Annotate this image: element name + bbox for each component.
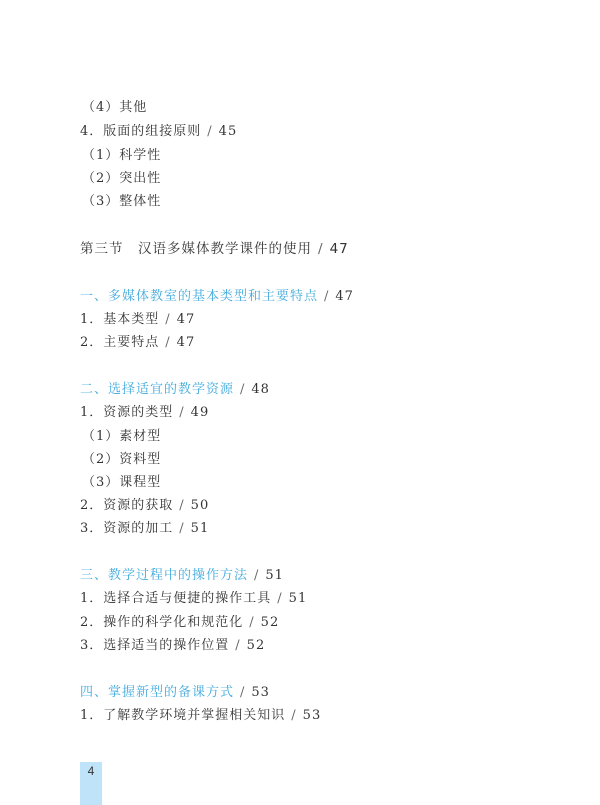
toc-entry-title: （3）整体性 xyxy=(82,194,161,209)
toc-entry: 3．资源的加工/51 xyxy=(80,521,209,537)
toc-entry-title: 四、掌握新型的备课方式 xyxy=(80,685,234,700)
toc-section-heading: 第三节 汉语多媒体教学课件的使用/47 xyxy=(80,241,349,257)
toc-entry-title: 1．选择合适与便捷的操作工具 xyxy=(80,591,271,606)
separator: / xyxy=(165,312,170,327)
toc-entry: 3．选择适当的操作位置/52 xyxy=(80,638,265,654)
toc-chapter-heading: 一、多媒体教室的基本类型和主要特点/47 xyxy=(80,289,354,305)
toc-entry: （4）其他 xyxy=(82,100,147,116)
toc-entry: （3）整体性 xyxy=(82,194,161,210)
toc-entry: 1．选择合适与便捷的操作工具/51 xyxy=(80,591,307,607)
page-number-tab: 4 xyxy=(80,762,102,805)
toc-entry-title: （3）课程型 xyxy=(82,475,161,490)
toc-chapter-heading: 三、教学过程中的操作方法/51 xyxy=(80,568,284,584)
page-ref: 45 xyxy=(219,124,238,139)
toc-entry-title: （1）素材型 xyxy=(82,429,161,444)
toc-entry: 1．了解教学环境并掌握相关知识/53 xyxy=(80,708,321,724)
page-ref: 51 xyxy=(289,591,308,606)
toc-entry-title: 二、选择适宜的教学资源 xyxy=(80,382,234,397)
separator: / xyxy=(165,335,170,350)
page-ref: 51 xyxy=(191,521,210,536)
toc-entry-title: 3．资源的加工 xyxy=(80,521,173,536)
toc-entry-title: （4）其他 xyxy=(82,100,147,115)
page-ref: 47 xyxy=(177,312,196,327)
toc-entry-title: （2）突出性 xyxy=(82,171,161,186)
toc-entry: 4．版面的组接原则/45 xyxy=(80,124,237,140)
toc-entry-title: 第三节 汉语多媒体教学课件的使用 xyxy=(80,241,312,257)
separator: / xyxy=(254,568,259,583)
page-ref: 53 xyxy=(303,708,322,723)
separator: / xyxy=(179,521,184,536)
toc-entry-title: 2．主要特点 xyxy=(80,335,159,350)
toc-entry: （1）科学性 xyxy=(82,148,161,164)
page-ref: 53 xyxy=(251,685,270,700)
toc-entry: （2）资料型 xyxy=(82,452,161,468)
page-ref: 47 xyxy=(335,289,354,304)
separator: / xyxy=(324,289,329,304)
page-ref: 47 xyxy=(177,335,196,350)
page-ref: 47 xyxy=(330,241,349,257)
toc-entry: 2．操作的科学化和规范化/52 xyxy=(80,615,279,631)
separator: / xyxy=(179,498,184,513)
separator: / xyxy=(318,241,324,257)
separator: / xyxy=(179,405,184,420)
toc-entry: 1．资源的类型/49 xyxy=(80,405,209,421)
separator: / xyxy=(249,615,254,630)
toc-entry: （3）课程型 xyxy=(82,475,161,491)
toc-entry-title: 三、教学过程中的操作方法 xyxy=(80,568,248,583)
page-ref: 50 xyxy=(191,498,210,513)
toc-chapter-heading: 四、掌握新型的备课方式/53 xyxy=(80,685,270,701)
toc-entry-title: 一、多媒体教室的基本类型和主要特点 xyxy=(80,289,318,304)
page-ref: 49 xyxy=(191,405,210,420)
page-ref: 52 xyxy=(261,615,280,630)
toc-entry-title: 4．版面的组接原则 xyxy=(80,124,201,139)
separator: / xyxy=(291,708,296,723)
page-ref: 52 xyxy=(247,638,266,653)
toc-entry-title: 1．了解教学环境并掌握相关知识 xyxy=(80,708,285,723)
toc-entry: 2．主要特点/47 xyxy=(80,335,195,351)
toc-entry-title: 1．基本类型 xyxy=(80,312,159,327)
separator: / xyxy=(235,638,240,653)
toc-entry-title: 2．操作的科学化和规范化 xyxy=(80,615,243,630)
toc-entry: （2）突出性 xyxy=(82,171,161,187)
toc-chapter-heading: 二、选择适宜的教学资源/48 xyxy=(80,382,270,398)
page-ref: 48 xyxy=(251,382,270,397)
page-number: 4 xyxy=(80,764,102,778)
toc-entry-title: 2．资源的获取 xyxy=(80,498,173,513)
toc-entry: 1．基本类型/47 xyxy=(80,312,195,328)
toc-entry: （1）素材型 xyxy=(82,429,161,445)
separator: / xyxy=(207,124,212,139)
separator: / xyxy=(277,591,282,606)
toc-entry-title: （2）资料型 xyxy=(82,452,161,467)
toc-entry: 2．资源的获取/50 xyxy=(80,498,209,514)
separator: / xyxy=(240,382,245,397)
separator: / xyxy=(240,685,245,700)
toc-entry-title: （1）科学性 xyxy=(82,148,161,163)
page-ref: 51 xyxy=(265,568,284,583)
toc-entry-title: 3．选择适当的操作位置 xyxy=(80,638,229,653)
toc-entry-title: 1．资源的类型 xyxy=(80,405,173,420)
